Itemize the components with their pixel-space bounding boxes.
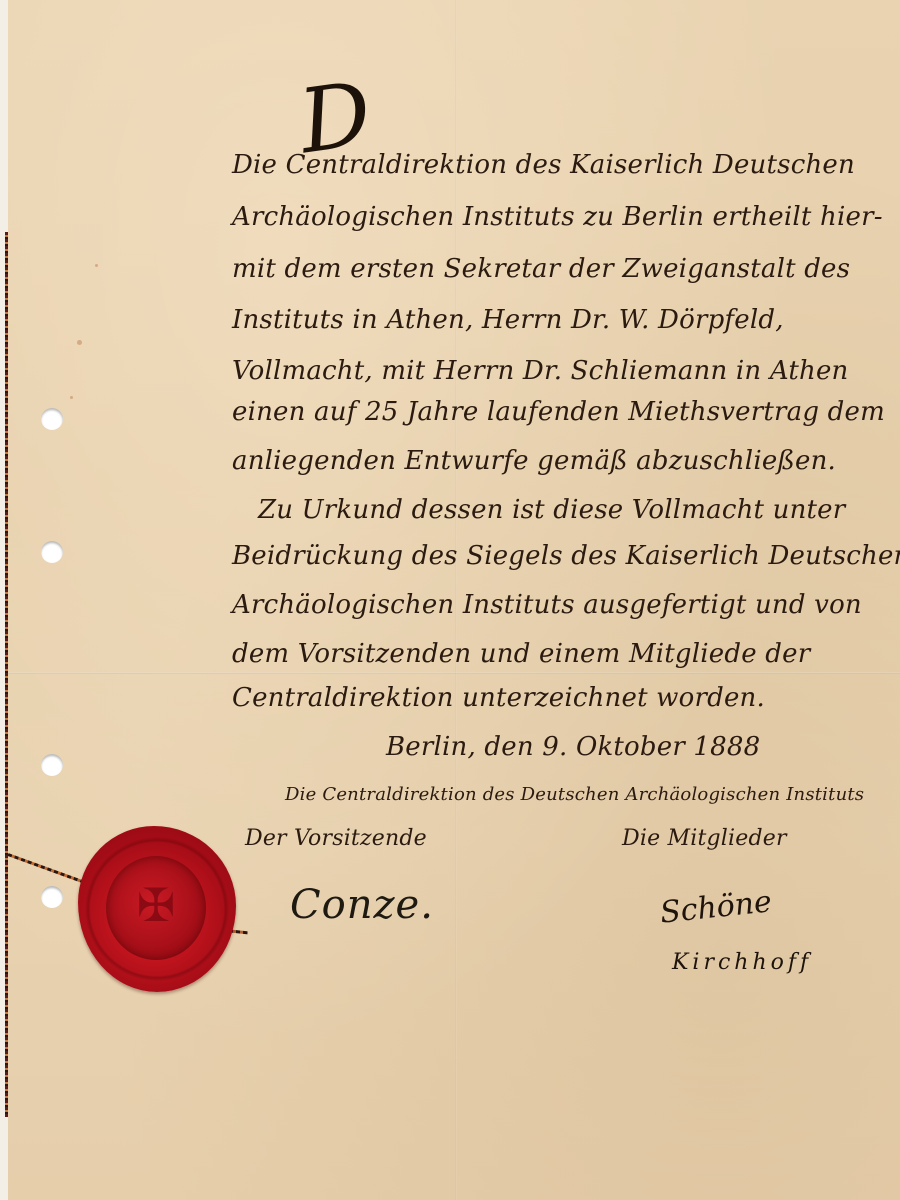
punch-hole (41, 541, 63, 563)
signature-kirchhoff: Kirchhoff (672, 950, 812, 975)
body-line: Vollmacht, mit Herrn Dr. Schliemann in A… (232, 356, 849, 386)
seal-emblem: ✠ (106, 856, 206, 960)
right-signatory-label: Die Mitglieder (622, 826, 787, 851)
body-line: Zu Urkund dessen ist diese Vollmacht unt… (258, 495, 845, 525)
body-line: Die Centraldirektion des Kaiserlich Deut… (232, 150, 855, 180)
paper-stain (95, 264, 98, 267)
punch-hole (41, 408, 63, 430)
punch-hole (41, 886, 63, 908)
body-line: Instituts in Athen, Herrn Dr. W. Dörpfel… (232, 305, 784, 335)
dateline: Berlin, den 9. Oktober 1888 (386, 732, 760, 762)
issuer-line: Die Centraldirektion des Deutschen Archä… (285, 784, 864, 805)
wax-seal: ✠ (78, 826, 236, 992)
paper-stain (70, 396, 73, 399)
body-line: Archäologischen Instituts ausgefertigt u… (232, 590, 862, 620)
body-line: anliegenden Entwurfe gemäß abzuschließen… (232, 446, 836, 476)
binding-cord (5, 232, 8, 1117)
body-line: mit dem ersten Sekretar der Zweiganstalt… (232, 254, 850, 284)
body-line: Centraldirektion unterzeichnet worden. (232, 683, 765, 713)
signature-conze: Conze. (290, 882, 434, 928)
body-line: dem Vorsitzenden und einem Mitgliede der (232, 639, 810, 669)
left-signatory-label: Der Vorsitzende (245, 826, 427, 851)
eagle-icon: ✠ (106, 878, 206, 932)
paper-stain (77, 340, 82, 345)
body-line: einen auf 25 Jahre laufenden Miethsvertr… (232, 397, 885, 427)
fold-crease-horizontal (8, 672, 900, 674)
body-line: Archäologischen Instituts zu Berlin erth… (232, 202, 883, 232)
body-line: Beidrückung des Siegels des Kaiserlich D… (232, 541, 900, 571)
punch-hole (41, 754, 63, 776)
